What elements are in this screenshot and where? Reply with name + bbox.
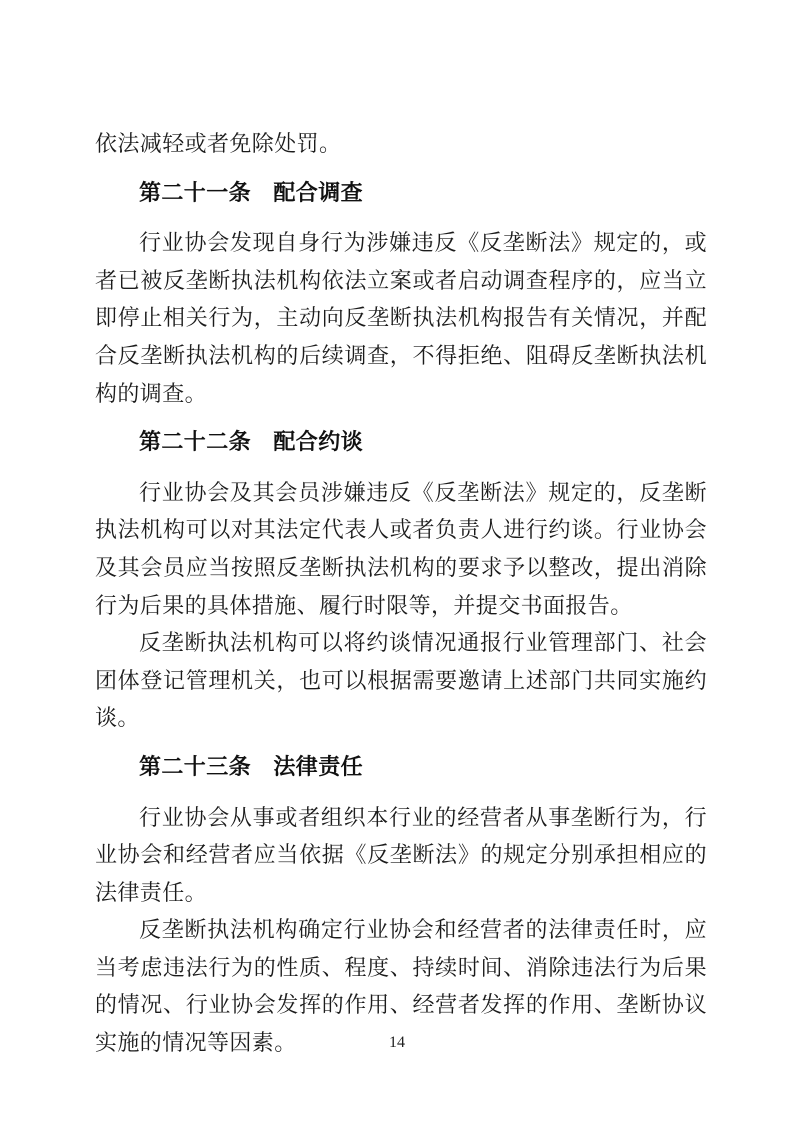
article-heading-21: 第二十一条 配合调查 bbox=[95, 175, 707, 213]
page-footer: 14 bbox=[0, 1034, 794, 1052]
paragraph-continuation: 依法减轻或者免除处罚。 bbox=[95, 125, 707, 163]
article-heading-22: 第二十二条 配合约谈 bbox=[95, 424, 707, 462]
page-number: 14 bbox=[389, 1034, 405, 1051]
document-content: 依法减轻或者免除处罚。 第二十一条 配合调查 行业协会发现自身行为涉嫌违反《反垄… bbox=[95, 125, 707, 1062]
article-heading-23: 第二十三条 法律责任 bbox=[95, 749, 707, 787]
article-23-paragraph-1: 行业协会从事或者组织本行业的经营者从事垄断行为，行业协会和经营者应当依据《反垄断… bbox=[95, 799, 707, 912]
article-22-paragraph-2: 反垄断执法机构可以将约谈情况通报行业管理部门、社会团体登记管理机关，也可以根据需… bbox=[95, 624, 707, 737]
article-22-paragraph-1: 行业协会及其会员涉嫌违反《反垄断法》规定的，反垄断执法机构可以对其法定代表人或者… bbox=[95, 474, 707, 624]
article-21-paragraph: 行业协会发现自身行为涉嫌违反《反垄断法》规定的，或者已被反垄断执法机构依法立案或… bbox=[95, 224, 707, 412]
document-page: 依法减轻或者免除处罚。 第二十一条 配合调查 行业协会发现自身行为涉嫌违反《反垄… bbox=[0, 0, 794, 1123]
